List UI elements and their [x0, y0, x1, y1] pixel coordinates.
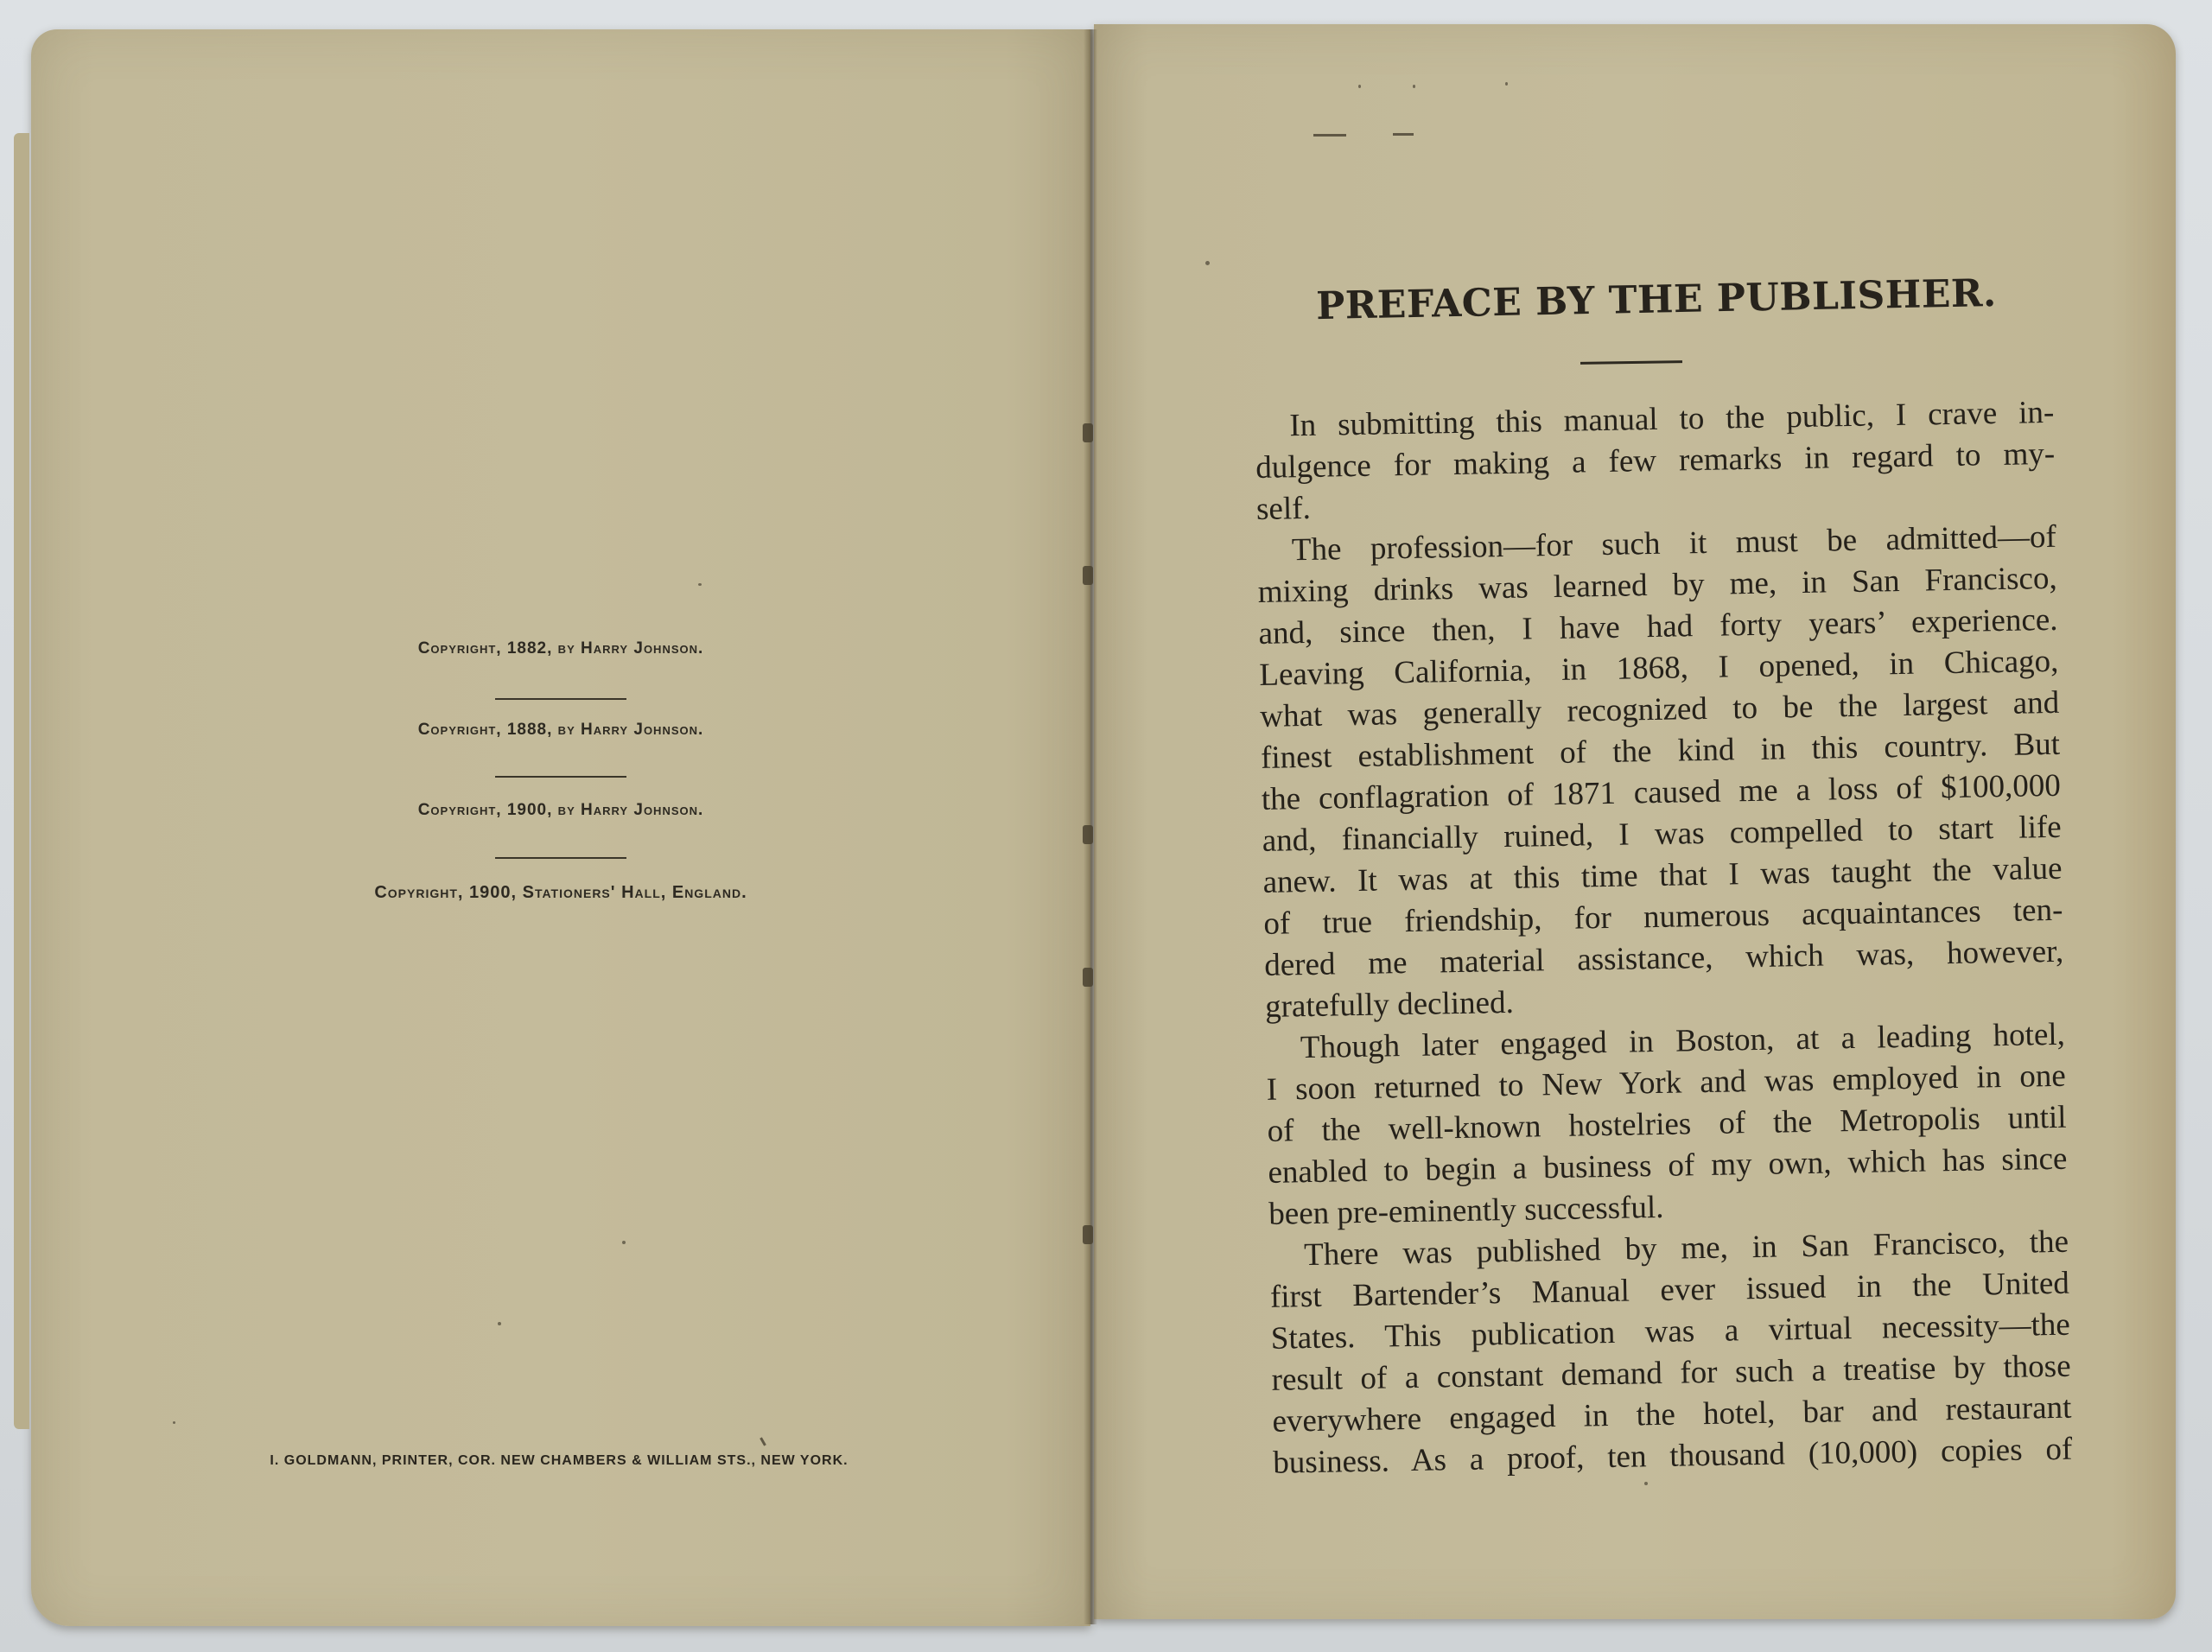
binding-staple-icon [1083, 423, 1093, 442]
printer-imprint: I. GOLDMANN, PRINTER, COR. NEW CHAMBERS … [29, 1453, 1089, 1469]
copyright-line-stationers-hall: Copyright, 1900, Stationers' Hall, Engla… [31, 883, 1090, 903]
binding-staple-icon [1083, 1225, 1093, 1244]
paper-mark [1313, 134, 1346, 137]
paper-speck [1205, 261, 1210, 265]
paper-speck [622, 1241, 626, 1244]
paper-speck [1505, 82, 1508, 86]
binding-staple-icon [1083, 566, 1093, 585]
copyright-line-1888: Copyright, 1888, by Harry Johnson. [31, 721, 1090, 740]
copyright-line-1900: Copyright, 1900, by Harry Johnson. [31, 801, 1090, 820]
paper-speck [1644, 1482, 1648, 1485]
open-book: Copyright, 1882, by Harry Johnson. Copyr… [0, 0, 2212, 1652]
divider-rule [495, 776, 626, 778]
paper-speck [173, 1421, 175, 1424]
binding-staple-icon [1083, 825, 1093, 844]
divider-rule [495, 698, 626, 700]
paper-speck [698, 583, 702, 586]
left-page [31, 29, 1090, 1626]
paper-speck [498, 1322, 501, 1325]
paper-speck [1413, 85, 1415, 88]
paper-speck [1358, 85, 1361, 88]
paper-mark [1393, 133, 1414, 136]
divider-rule [495, 857, 626, 859]
copyright-line-1882: Copyright, 1882, by Harry Johnson. [31, 639, 1090, 658]
preface-body: In submitting this manual to the public,… [1255, 392, 2073, 1484]
binding-staple-icon [1083, 968, 1093, 987]
